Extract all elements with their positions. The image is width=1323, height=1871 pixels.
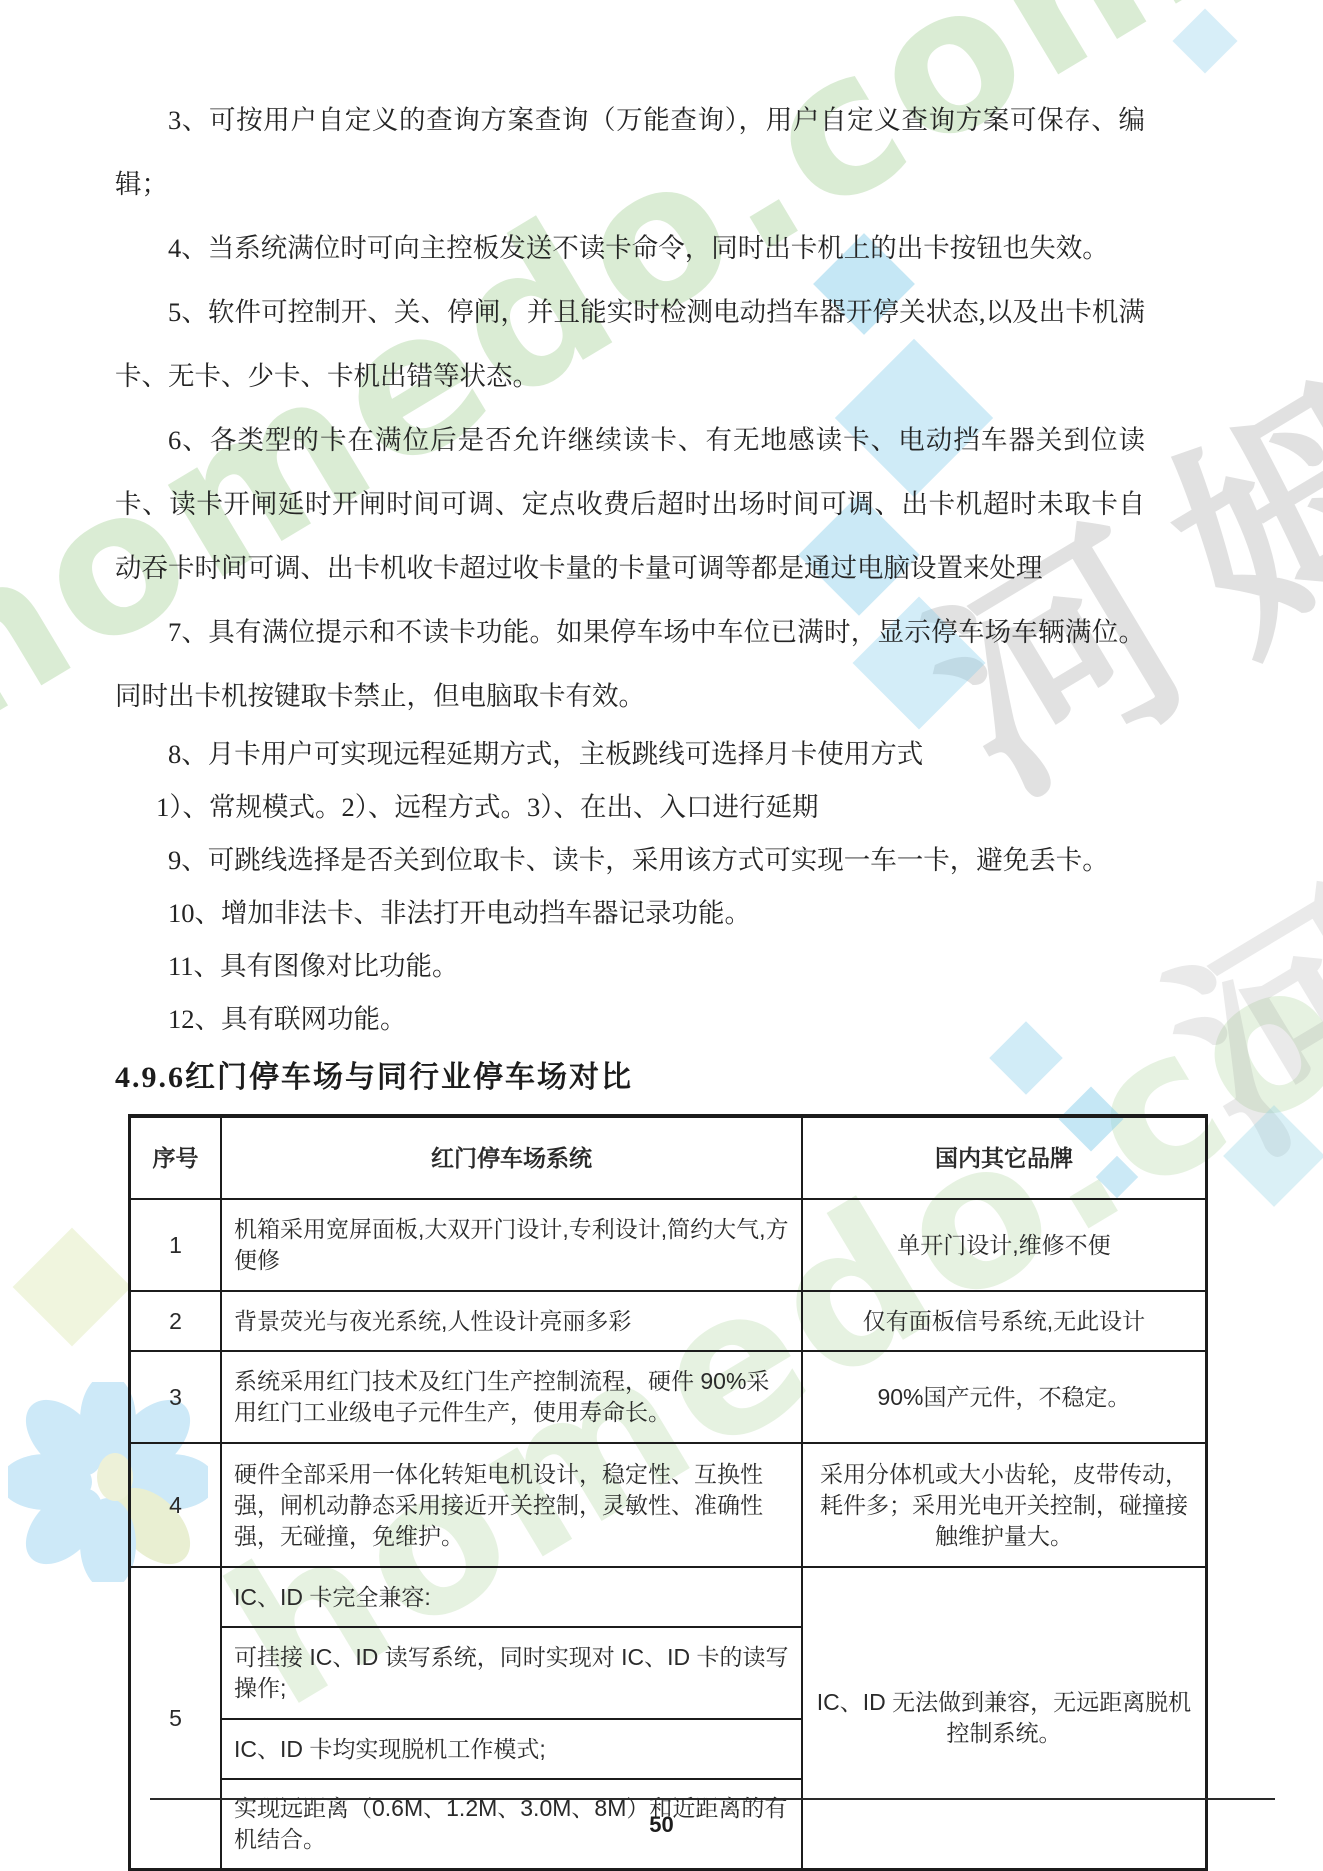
document-body: 3、可按用户自定义的查询方案查询（万能查询），用户自定义查询方案可保存、编辑； … <box>115 88 1145 1871</box>
paragraph-7: 7、具有满位提示和不读卡功能。如果停车场中车位已满时，显示停车场车辆满位。同时出… <box>115 600 1145 728</box>
cyan-diamond-icon <box>1223 1105 1323 1207</box>
paragraph-11: 11、具有图像对比功能。 <box>115 940 1145 993</box>
row2-left: 背景荧光与夜光系统,人性设计亮丽多彩 <box>221 1291 802 1351</box>
comparison-table: 序号 红门停车场系统 国内其它品牌 1 机箱采用宽屏面板,大双开门设计,专利设计… <box>128 1114 1208 1871</box>
paragraph-6: 6、各类型的卡在满位后是否允许继续读卡、有无地感读卡、电动挡车器关到位读卡、读卡… <box>115 408 1145 600</box>
document-page: homedo.com homedo.com 河姆渡 河姆渡 <box>0 0 1323 1871</box>
header-cell-right: 国内其它品牌 <box>802 1116 1207 1199</box>
row5-left-item-2: 可挂接 IC、ID 读写系统，同时实现对 IC、ID 卡的读写操作; <box>221 1627 802 1719</box>
paragraph-9: 9、可跳线选择是否关到位取卡、读卡，采用该方式可实现一车一卡，避免丢卡。 <box>115 834 1145 887</box>
paragraph-8-sublist: 1）、常规模式。2）、远程方式。3）、在出、入口进行延期 <box>115 781 1145 834</box>
paragraph-8: 8、月卡用户可实现远程延期方式，主板跳线可选择月卡使用方式 <box>115 728 1145 781</box>
header-cell-left: 红门停车场系统 <box>221 1116 802 1199</box>
paragraph-5: 5、软件可控制开、关、停闸，并且能实时检测电动挡车器开停关状态,以及出卡机满卡、… <box>115 280 1145 408</box>
paragraph-3: 3、可按用户自定义的查询方案查询（万能查询），用户自定义查询方案可保存、编辑； <box>115 88 1145 216</box>
row2-right: 仅有面板信号系统,无此设计 <box>802 1291 1207 1351</box>
table-row: 4 硬件全部采用一体化转矩电机设计，稳定性、互换性强，闸机动静态采用接近开关控制… <box>130 1443 1207 1567</box>
paragraph-12: 12、具有联网功能。 <box>115 993 1145 1046</box>
table-row: 1 机箱采用宽屏面板,大双开门设计,专利设计,简约大气,方便修 单开门设计,维修… <box>130 1199 1207 1291</box>
cyan-diamond-icon <box>1172 8 1237 73</box>
row1-left: 机箱采用宽屏面板,大双开门设计,专利设计,简约大气,方便修 <box>221 1199 802 1291</box>
row3-no: 3 <box>130 1351 222 1443</box>
row4-no: 4 <box>130 1443 222 1567</box>
row3-left: 系统采用红门技术及红门生产控制流程，硬件 90%采用红门工业级电子元件生产，使用… <box>221 1351 802 1443</box>
table-row: 3 系统采用红门技术及红门生产控制流程，硬件 90%采用红门工业级电子元件生产，… <box>130 1351 1207 1443</box>
row5-left-item-1: IC、ID 卡完全兼容: <box>221 1567 802 1627</box>
row5-left-item-3: IC、ID 卡均实现脱机工作模式; <box>221 1719 802 1779</box>
table-row: 5 IC、ID 卡完全兼容: IC、ID 无法做到兼容，无远距离脱机控制系统。 <box>130 1567 1207 1627</box>
row4-right: 采用分体机或大小齿轮，皮带传动，耗件多；采用光电开关控制，碰撞接触维护量大。 <box>802 1443 1207 1567</box>
footer-rule <box>150 1798 1275 1800</box>
row1-right: 单开门设计,维修不便 <box>802 1199 1207 1291</box>
row4-left: 硬件全部采用一体化转矩电机设计，稳定性、互换性强，闸机动静态采用接近开关控制，灵… <box>221 1443 802 1567</box>
paragraph-4: 4、当系统满位时可向主控板发送不读卡命令，同时出卡机上的出卡按钮也失效。 <box>115 216 1145 280</box>
table-row: 2 背景荧光与夜光系统,人性设计亮丽多彩 仅有面板信号系统,无此设计 <box>130 1291 1207 1351</box>
row2-no: 2 <box>130 1291 222 1351</box>
row1-no: 1 <box>130 1199 222 1291</box>
section-title: 4.9.6红门停车场与同行业停车场对比 <box>115 1058 1145 1098</box>
header-cell-no: 序号 <box>130 1116 222 1199</box>
paragraph-10: 10、增加非法卡、非法打开电动挡车器记录功能。 <box>115 887 1145 940</box>
green-diamond-icon <box>13 1228 132 1347</box>
row3-right: 90%国产元件，不稳定。 <box>802 1351 1207 1443</box>
page-number: 50 <box>0 1812 1323 1838</box>
